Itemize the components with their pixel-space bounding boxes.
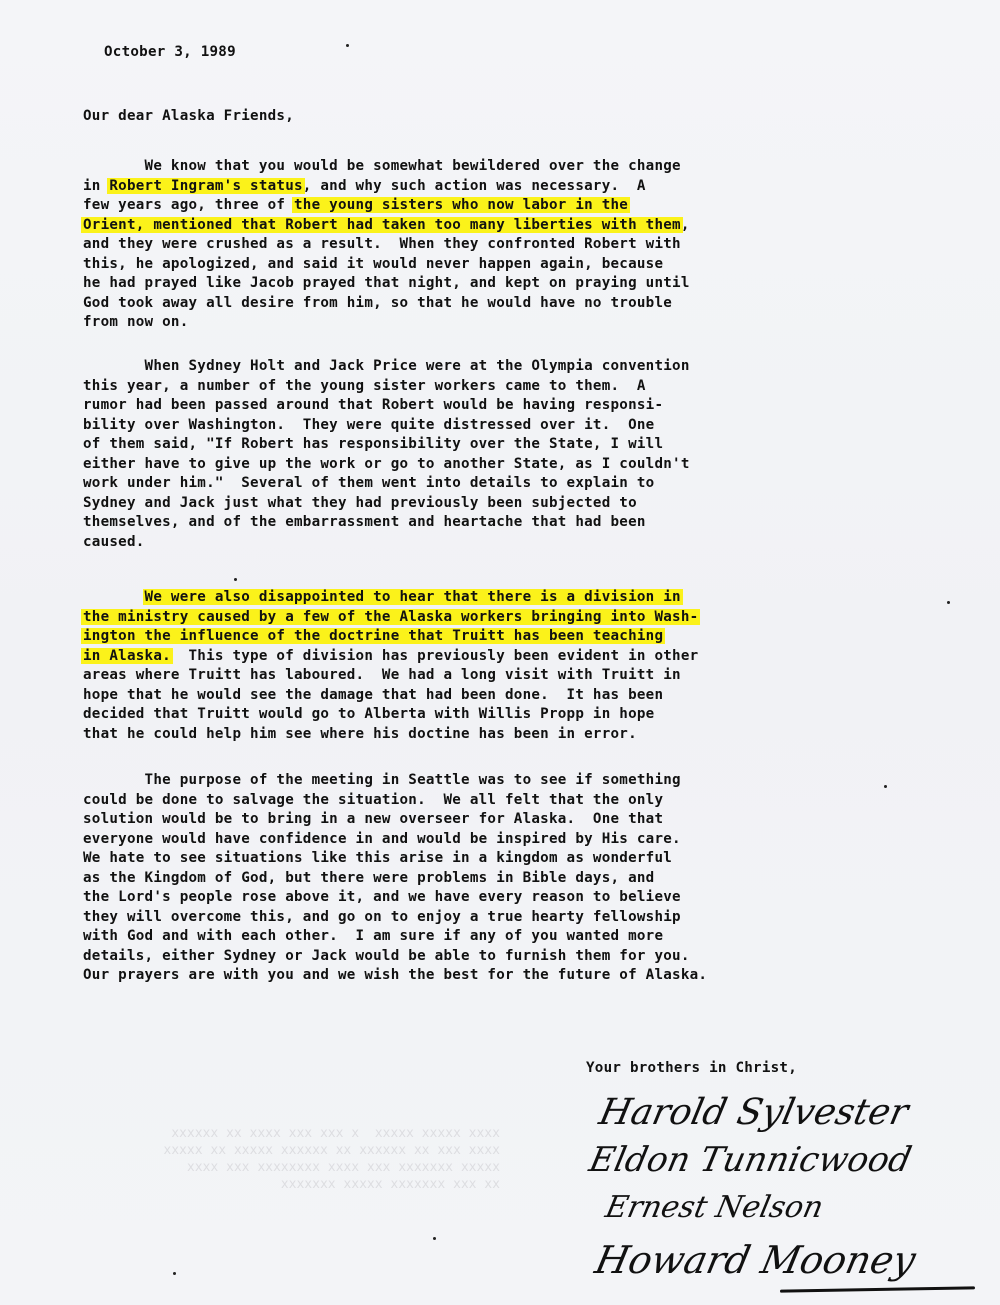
text-line: he had prayed like Jacob prayed that nig… [83,274,690,294]
text-segment: solution would be to bring in a new over… [83,811,663,827]
text-segment: caused. [83,534,145,550]
text-line: bility over Washington. They were quite … [83,416,690,436]
text-line: We were also disappointed to hear that t… [83,588,698,608]
text-segment: this year, a number of the young sister … [83,378,646,394]
closing: Your brothers in Christ, [586,1060,797,1076]
text-segment: We know that you would be somewhat bewil… [83,158,681,174]
paragraph-4: The purpose of the meeting in Seattle wa… [83,771,707,986]
text-segment: , and why such action was necessary. A [303,178,646,194]
text-segment: work under him." Several of them went in… [83,475,654,491]
text-line: of them said, "If Robert has responsibil… [83,435,690,455]
paragraph-1: We know that you would be somewhat bewil… [83,157,690,333]
text-segment: God took away all desire from him, so th… [83,295,672,311]
paragraph-3: We were also disappointed to hear that t… [83,588,698,744]
text-segment: decided that Truitt would go to Alberta … [83,706,654,722]
highlighted-text: in Alaska. [81,648,173,664]
text-segment: in [83,178,109,194]
text-segment: that he could help him see where his doc… [83,726,637,742]
text-line: in Alaska. This type of division has pre… [83,647,698,667]
text-line: Orient, mentioned that Robert had taken … [83,216,690,236]
text-segment: Sydney and Jack just what they had previ… [83,495,637,511]
paper-speck [234,578,237,581]
text-line: that he could help him see where his doc… [83,725,698,745]
highlighted-text: the ministry caused by a few of the Alas… [81,609,700,625]
salutation: Our dear Alaska Friends, [83,108,294,124]
text-segment: and they were crushed as a result. When … [83,236,681,252]
text-segment: either have to give up the work or go to… [83,456,690,472]
highlighted-text: We were also disappointed to hear that t… [143,589,683,605]
text-line: the Lord's people rose above it, and we … [83,888,707,908]
highlighted-text: Robert Ingram's status [107,178,304,194]
text-segment: Our prayers are with you and we wish the… [83,967,707,983]
text-segment: areas where Truitt has laboured. We had … [83,667,681,683]
signature-1: Harold Sylvester [596,1092,912,1133]
text-line: this, he apologized, and said it would n… [83,255,690,275]
text-segment [83,589,145,605]
text-line: decided that Truitt would go to Alberta … [83,705,698,725]
text-segment: This type of division has previously bee… [171,648,699,664]
text-line: hope that he would see the damage that h… [83,686,698,706]
text-line: could be done to salvage the situation. … [83,791,707,811]
signature-2: Eldon Tunnicwood [586,1140,915,1180]
text-line: from now on. [83,313,690,333]
text-line: and they were crushed as a result. When … [83,235,690,255]
text-line: in Robert Ingram's status, and why such … [83,177,690,197]
text-segment: The purpose of the meeting in Seattle wa… [83,772,681,788]
paper-speck [947,601,950,604]
text-segment: with God and with each other. I am sure … [83,928,663,944]
text-segment: the Lord's people rose above it, and we … [83,889,681,905]
bleed-through-texture: xxxx xxxxx xxxxx x xxx xxx xxxx xx xxxxx… [60,1125,500,1193]
text-line: this year, a number of the young sister … [83,377,690,397]
text-segment: of them said, "If Robert has responsibil… [83,436,663,452]
text-segment: bility over Washington. They were quite … [83,417,654,433]
text-line: they will overcome this, and go on to en… [83,908,707,928]
text-line: details, either Sydney or Jack would be … [83,947,707,967]
highlighted-text: ington the influence of the doctrine tha… [81,628,665,644]
paper-speck [433,1237,436,1240]
signature-4: Howard Mooney [591,1238,919,1282]
text-line: areas where Truitt has laboured. We had … [83,666,698,686]
text-line: Sydney and Jack just what they had previ… [83,494,690,514]
paragraph-2: When Sydney Holt and Jack Price were at … [83,357,690,552]
paper-speck [884,785,887,788]
text-line: either have to give up the work or go to… [83,455,690,475]
text-line: the ministry caused by a few of the Alas… [83,608,698,628]
text-line: caused. [83,533,690,553]
text-segment: , [681,217,690,233]
letter-date: October 3, 1989 [104,44,236,60]
signature-3: Ernest Nelson [602,1190,826,1225]
text-line: ington the influence of the doctrine tha… [83,627,698,647]
text-line: few years ago, three of the young sister… [83,196,690,216]
highlighted-text: Orient, mentioned that Robert had taken … [81,217,683,233]
text-segment: as the Kingdom of God, but there were pr… [83,870,654,886]
text-segment: When Sydney Holt and Jack Price were at … [83,358,690,374]
text-line: as the Kingdom of God, but there were pr… [83,869,707,889]
text-line: with God and with each other. I am sure … [83,927,707,947]
letter-page: xxxx xxxxx xxxxx x xxx xxx xxxx xx xxxxx… [0,0,1000,1305]
highlighted-text: the young sisters who now labor in the [292,197,630,213]
text-segment: could be done to salvage the situation. … [83,792,663,808]
text-line: work under him." Several of them went in… [83,474,690,494]
text-line: everyone would have confidence in and wo… [83,830,707,850]
text-line: rumor had been passed around that Robert… [83,396,690,416]
text-segment: this, he apologized, and said it would n… [83,256,663,272]
text-line: God took away all desire from him, so th… [83,294,690,314]
text-segment: they will overcome this, and go on to en… [83,909,681,925]
text-line: solution would be to bring in a new over… [83,810,707,830]
signature-underline [780,1286,975,1292]
text-line: Our prayers are with you and we wish the… [83,966,707,986]
text-segment: everyone would have confidence in and wo… [83,831,681,847]
text-line: themselves, and of the embarrassment and… [83,513,690,533]
text-segment: details, either Sydney or Jack would be … [83,948,690,964]
text-line: The purpose of the meeting in Seattle wa… [83,771,707,791]
text-segment: from now on. [83,314,189,330]
text-line: We hate to see situations like this aris… [83,849,707,869]
text-segment: themselves, and of the embarrassment and… [83,514,646,530]
paper-speck [346,44,349,47]
text-segment: few years ago, three of [83,197,294,213]
text-line: When Sydney Holt and Jack Price were at … [83,357,690,377]
text-segment: he had prayed like Jacob prayed that nig… [83,275,690,291]
text-segment: We hate to see situations like this aris… [83,850,672,866]
text-segment: hope that he would see the damage that h… [83,687,663,703]
paper-speck [173,1272,176,1275]
text-segment: rumor had been passed around that Robert… [83,397,663,413]
text-line: We know that you would be somewhat bewil… [83,157,690,177]
